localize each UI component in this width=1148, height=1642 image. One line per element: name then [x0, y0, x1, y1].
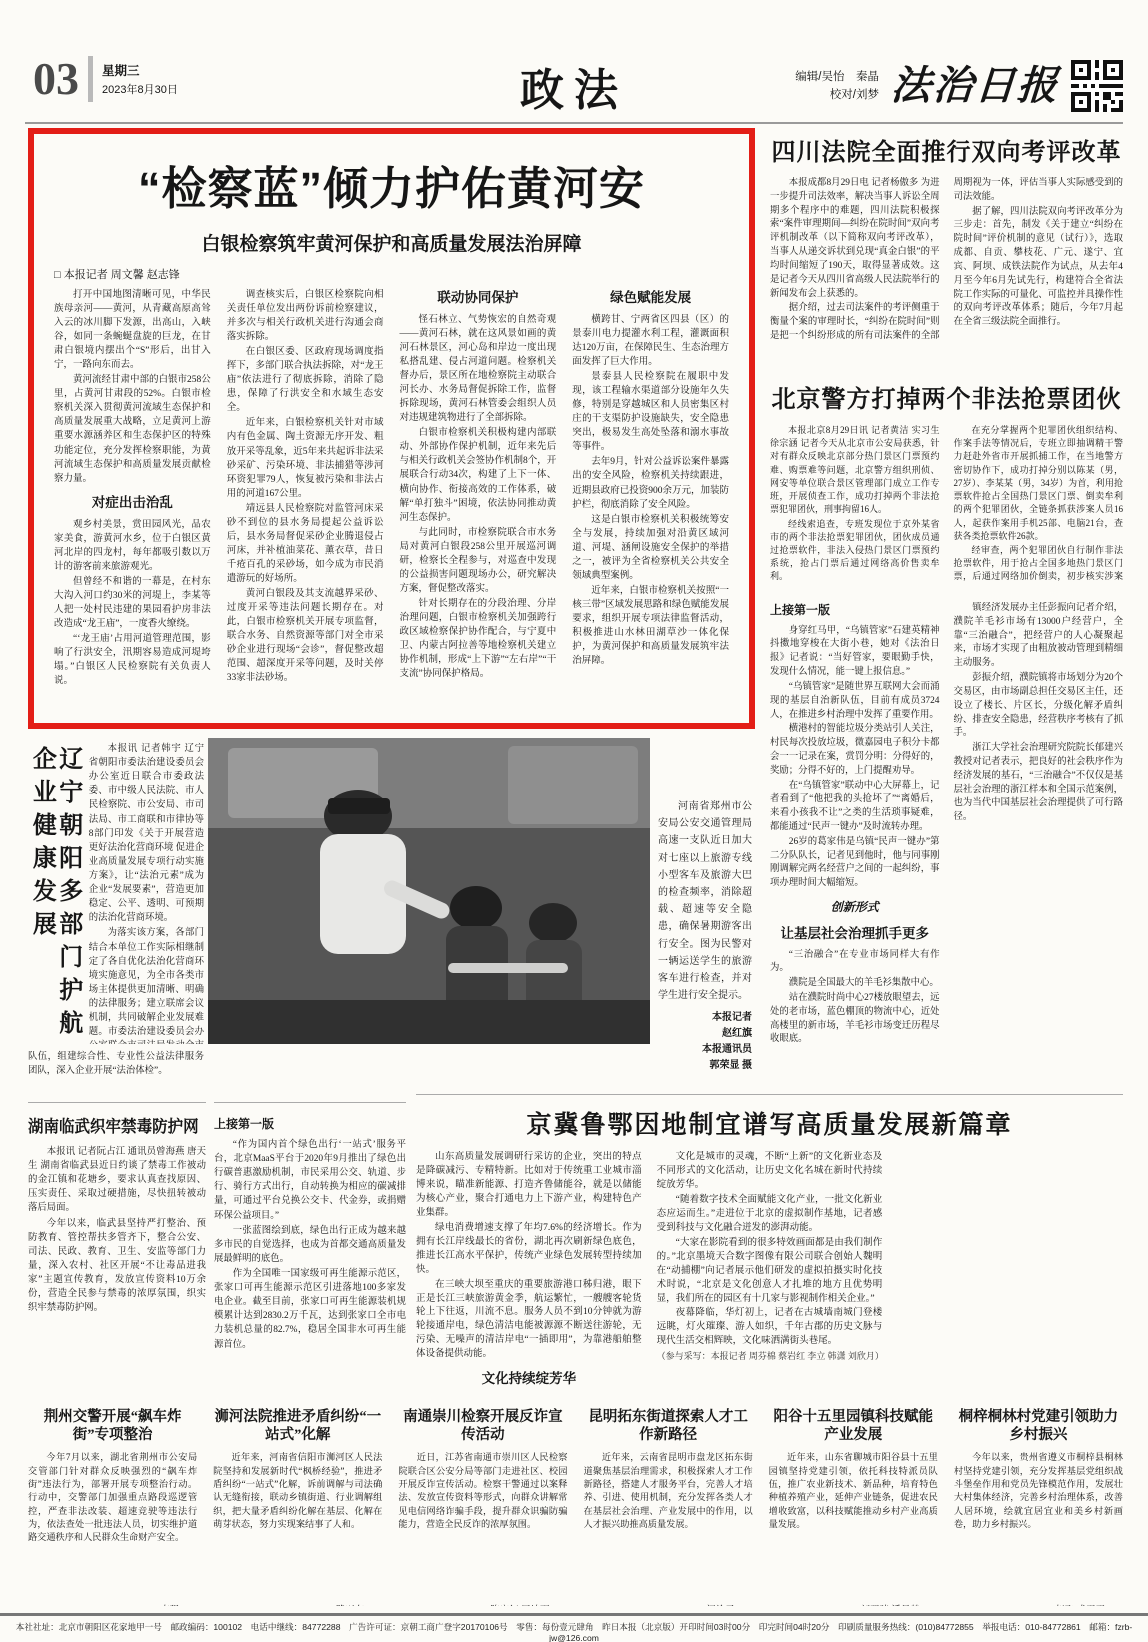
- photo-illustration: [208, 738, 650, 1044]
- masthead-block: 编辑/吴怡 秦晶 校对/刘梦 法治日报: [795, 60, 1123, 112]
- brief-yanggu: 阳谷十五里园镇科技赋能产业发展 近年来，山东省聊城市阳谷县十五里园镇坚持党建引领…: [769, 1408, 938, 1606]
- highlighted-lead-article: “检察蓝”倾力护佑黄河安 白银检察筑牢黄河保护和高质量发展法治屏障 □ 本报记者…: [28, 128, 755, 729]
- brief-body: 今年7月以来，湖北省荆州市公安局交管部门针对群众反映强烈的“飙车炸街”违法行为，…: [28, 1451, 197, 1544]
- brief-body: 近年来，河南省信阳市浉河区人民法院坚持和发展新时代“枫桥经验”，推进矛盾纠纷“一…: [213, 1451, 382, 1531]
- brief-title: 南通崇川检察开展反诈宣传活动: [398, 1408, 567, 1444]
- date-block: 星期三 2023年8月30日: [102, 61, 178, 97]
- article-paragraph: 白银市检察机关积极构建内部联动、外部协作保护机制，近年来先后与相关行政机关会签协…: [400, 426, 557, 524]
- article-paragraph: 靖远县人民检察院对监管河床采砂不到位的县水务局提起公益诉讼后，县水务局督促采砂企…: [227, 502, 384, 586]
- article-paragraph: 一张蓝图绘到底，绿色出行正成为越来越多市民的自觉选择，也成为首都交通高质量发展最…: [214, 1224, 406, 1266]
- article-paragraph: 黄河流经甘肃中部的白银市258公里，占黄河甘肃段的52%。白银市检察机关深入贯彻…: [54, 373, 211, 485]
- article-paragraph: 26岁的葛家伟是乌镇“民声一键办”第二分队队长，记者见到他时，他与同事刚刚调解完…: [770, 836, 940, 891]
- article-paragraph: 绿电消费增速支撑了年均7.6%的经济增长。作为拥有长江岸线最长的省份，湖北再次刷…: [416, 1222, 642, 1278]
- article-paragraph: 近年来，白银市检察机关按照“一核三带”区域发展思路和绿色赋能发展要求，组织开展专…: [572, 584, 729, 668]
- article-title: 京冀鲁鄂因地制宜谱写高质量发展新篇章: [416, 1105, 1123, 1141]
- article-title: 北京警方打掉两个非法抢票团伙: [770, 379, 1123, 414]
- article-paragraph: 据了解，四川法院双向考评改革分为三步走：首先，制发《关于建立“纠纷在院时间”评价…: [954, 206, 1124, 330]
- article-body-continued: 队伍，组建综合性、专业性公益法律服务团队，深入企业开展“法治体检”。: [28, 1050, 204, 1090]
- article-paragraph: “乌镇管家”是随世界互联网大会而涌现的基层自治新队伍，目前有成员3724人，在推…: [770, 681, 940, 722]
- article-paragraph: 怪石林立、气势恢宏的自然奇观——黄河石林，就在这风景如画的黄河石林景区，河心岛和…: [400, 313, 557, 425]
- article-paragraph: 打开中国地图清晰可见，中华民族母亲河——黄河，从青藏高原高耸入云的冰川脚下发源，…: [54, 288, 211, 372]
- section-title: 政法: [520, 54, 628, 118]
- brief-body: 近年来，云南省昆明市盘龙区拓东街道聚焦基层治理需求，积极探索人才工作新路径，搭建…: [584, 1451, 753, 1531]
- article-title: 湖南临武织牢禁毒防护网: [28, 1113, 195, 1137]
- article-paragraph: 但曾经不和谐的一幕是，在村东大沟入河口约30米的河堤上，李某等人把一处村民违建的…: [54, 575, 211, 631]
- article-paragraph: 彭振介绍，濮院镇将市场划分为20个交易区，由市场副总担任交易区主任，还设立了楼长…: [954, 672, 1124, 741]
- lead-article-title: “检察蓝”倾力护佑黄河安: [54, 152, 729, 217]
- weekday-label: 星期三: [102, 61, 178, 79]
- masthead-logo: 法治日报: [890, 66, 1061, 106]
- article-paragraph: 与此同时，市检察院联合市水务局对黄河白银段258公里开展巡河调研，检察长全程参与…: [400, 526, 557, 596]
- date-label: 2023年8月30日: [102, 81, 178, 97]
- article-title: 四川法院全面推行双向考评改革: [770, 132, 1123, 167]
- credit-line: 赵红旗: [658, 1026, 752, 1042]
- brief-title: 浉河法院推进矛盾纠纷“一站式”化解: [213, 1408, 382, 1444]
- article-paragraph: “随着数字技术全面赋能文化产业，一批文化新业态应运而生。”走进位于北京的虚拟制作…: [657, 1194, 883, 1236]
- article-hunan-linwu: 湖南临武织牢禁毒防护网 本报讯 记者阮占江 通讯员曾海燕 唐天生 湖南省临武县近…: [28, 1102, 206, 1394]
- article-paragraph: 在三峡大坝至重庆的重要旅游港口秭归港，眼下正是长江三峡旅游黄金季，航运繁忙，一艘…: [416, 1279, 642, 1363]
- page-number-block: 03 星期三 2023年8月30日: [33, 56, 178, 102]
- article-paragraph: 本报成都8月29日电 记者杨傲多 为进一步提升司法效率，解决当事人诉讼全周期多个…: [770, 177, 940, 301]
- brief-kunming: 昆明拓东街道探索人才工作新路径 近年来，云南省昆明市盘龙区拓东街道聚焦基层治理需…: [584, 1408, 753, 1606]
- bottom-briefs-band: 荆州交警开展“飙车炸街”专项整治 今年7月以来，湖北省荆州市公安局交管部门针对群…: [28, 1408, 1123, 1606]
- jump-continuation-wuzhen: 上接第一版身穿红马甲，“乌镇管家”石建英精神抖擞地穿梭在大街小巷，她对《法治日报…: [770, 602, 1123, 1074]
- article-subhead: 绿色赋能发展: [572, 288, 729, 308]
- brief-shihe: 浉河法院推进矛盾纠纷“一站式”化解 近年来，河南省信阳市浉河区人民法院坚持和发展…: [213, 1408, 382, 1606]
- editors-block: 编辑/吴怡 秦晶 校对/刘梦: [795, 68, 879, 105]
- page-header: 03 星期三 2023年8月30日 政法 编辑/吴怡 秦晶 校对/刘梦 法治日报: [25, 54, 1123, 120]
- credit-line: 郭荣显 摄: [658, 1058, 752, 1074]
- credit-line: 本报记者: [658, 1010, 752, 1026]
- article-paragraph: “‘龙王庙’占用河道管理范围，影响了行洪安全，汛期容易造成河堤垮塌。”白银区人民…: [54, 632, 211, 688]
- lead-article-byline: □ 本报记者 周文馨 赵志锋: [54, 266, 729, 282]
- brief-nantong: 南通崇川检察开展反诈宣传活动 近日，江苏省南通市崇川区人民检察院联合区公安分局等…: [398, 1408, 567, 1606]
- article-paragraph: 横港村的智能垃圾分类站引人关注，村民每次投放垃圾，微嘉园电子积分卡都会一一记录在…: [770, 723, 940, 778]
- caption-text: 河南省郑州市公安局公安交通管理局高速一支队近日加大对七座以上旅游专线小型客车及旅…: [658, 798, 752, 1004]
- page-number-divider: [88, 56, 93, 102]
- article-subhead: 上接第一版: [770, 602, 940, 620]
- article-subhead: 联动协同保护: [400, 288, 557, 308]
- article-paragraph: 经线索追查，专班发现位于京外某省市的两个非法抢票犯罪团伙，团伙成员通过抢票软件，…: [770, 518, 940, 584]
- brief-title: 昆明拓东街道探索人才工作新路径: [584, 1408, 753, 1444]
- photo-credits: 本报记者 赵红旗 本报通讯员 郭荣显 摄: [658, 1010, 752, 1074]
- article-paragraph: 本报北京8月29日讯 记者黄洁 实习生徐宗涵 记者今天从北京市公安局获悉，针对有…: [770, 424, 940, 517]
- article-sichuan-courts: 四川法院全面推行双向考评改革 本报成都8月29日电 记者杨傲多 为进一步提升司法…: [770, 132, 1123, 369]
- proofreader-line: 校对/刘梦: [795, 86, 879, 104]
- article-paragraph: 站在濮院时尚中心27楼放眼望去，远处的老市场，蓝色棚顶的物流中心，近处高楼里的新…: [770, 992, 940, 1047]
- article-paragraph: 浙江大学社会治理研究院院长郁建兴教授对记者表示，把良好的社会秩序作为经济发展的基…: [954, 742, 1124, 825]
- article-beijing-police: 北京警方打掉两个非法抢票团伙 本报北京8月29日讯 记者黄洁 实习生徐宗涵 记者…: [770, 379, 1123, 592]
- news-photo: [208, 738, 650, 1044]
- article-paragraph: 文化是城市的灵魂，不断“上新”的文化新业态及不同形式的文化活动，让历史文化名城在…: [657, 1151, 883, 1193]
- footer-imprint: 本社社址：北京市朝阳区花家地甲一号 邮政编码：100102 电话中继线：8477…: [14, 1621, 1134, 1642]
- brief-title: 桐梓桐林村党建引领助力乡村振兴: [954, 1408, 1123, 1444]
- brief-signature: 刘亚琦 潘景鹤: [769, 1602, 938, 1606]
- article-paragraph: 在白银区委、区政府现场调度指挥下，多部门联合执法拆除，对“龙王庙”依法进行了彻底…: [227, 345, 384, 415]
- article-paragraph: 针对长期存在的分段治理、分岸治理问题，白银市检察机关加强跨行政区域检察保护协作配…: [400, 597, 557, 681]
- article-paragraph: 队伍，组建综合性、专业性公益法律服务团队，深入企业开展“法治体检”。: [28, 1050, 204, 1078]
- article-paragraph: 在“乌镇管家”联动中心大屏幕上，记者看到了“他把我的头抢坏了”“离婚后，来看小孩…: [770, 780, 940, 835]
- article-paragraph: 观乡村美景，赏田园风光，品农家美食，游黄河水乡，位于白银区黄河北岸的四龙村，每年…: [54, 518, 211, 574]
- brief-signature: 李强: [28, 1602, 197, 1606]
- brief-signature: 路兴东: [213, 1602, 382, 1606]
- jump-continuation-maas: 上接第一版“作为国内首个绿色出行‘一站式’服务平台，北京MaaS平台于2020年…: [214, 1102, 406, 1394]
- page-number: 03: [33, 56, 79, 102]
- article-subhead: 让基层社会治理抓手更多: [770, 924, 940, 944]
- brief-tongzi: 桐梓桐林村党建引领助力乡村振兴 今年以来，贵州省遵义市桐梓县桐林村坚持党建引领，…: [954, 1408, 1123, 1606]
- article-body: 本报讯 记者韩宇 辽宁省朝阳市委法治建设委员会办公室近日联合市委政法委、市中级人…: [89, 742, 204, 1044]
- article-paragraph: 作为全国唯一国家级可再生能源示范区，张家口可再生能源示范区引进落地100多家发电…: [214, 1267, 406, 1352]
- brief-signature: 赵飞 成平平: [954, 1602, 1123, 1606]
- article-body: 本报北京8月29日讯 记者黄洁 实习生徐宗涵 记者今天从北京市公安局获悉，针对有…: [770, 424, 1123, 592]
- article-paragraph: “大家在影院看到的很多特效画面都是由我们制作的。”北京墨境天合数字图像有限公司联…: [657, 1237, 883, 1307]
- article-paragraph: 去年9月，针对公益诉讼案件暴露出的安全风险，检察机关持续跟进，近期县政府已投资9…: [572, 455, 729, 511]
- footer-divider: [0, 1613, 1148, 1616]
- vertical-article-title: 辽宁朝阳多部门护航企业健康发展: [28, 742, 81, 1044]
- brief-jingzhou: 荆州交警开展“飙车炸街”专项整治 今年7月以来，湖北省荆州市公安局交管部门针对群…: [28, 1408, 197, 1606]
- qr-code-icon: [1071, 60, 1123, 112]
- lead-article-body: 打开中国地图清晰可见，中华民族母亲河——黄河，从青藏高原高耸入云的冰川脚下发源，…: [54, 288, 729, 696]
- photo-caption: 河南省郑州市公安局公安交通管理局高速一支队近日加大对七座以上旅游专线小型客车及旅…: [658, 742, 752, 1060]
- article-paragraph: 身穿红马甲，“乌镇管家”石建英精神抖擞地穿梭在大街小巷，她对《法治日报》记者说：…: [770, 625, 940, 680]
- article-paragraph: 镇经济发展办主任彭振向记者介绍，濮院羊毛衫市场有13000户经营户，全靠“三治融…: [954, 602, 1124, 671]
- brief-signature: 陈宝红 周坤雨: [398, 1602, 567, 1606]
- article-paragraph: 景泰县人民检察院在履职中发现，该工程输水渠道部分设施年久失修，特别是穿越城区和人…: [572, 370, 729, 454]
- header-divider: [25, 122, 1123, 124]
- newspaper-page: 03 星期三 2023年8月30日 政法 编辑/吴怡 秦晶 校对/刘梦 法治日报…: [0, 0, 1148, 1642]
- credit-line: 本报通讯员: [658, 1042, 752, 1058]
- article-paragraph: 今年以来，临武县坚持严打整治、预防教育、管控帮扶多管齐下，整合公安、司法、民政、…: [28, 1217, 206, 1316]
- article-paragraph: 濮院是全国最大的羊毛衫集散中心。: [770, 977, 940, 991]
- article-paragraph: 横跨甘、宁两省区四县（区）的景泰川电力提灌水利工程，灌溉面积达120万亩，在保障…: [572, 313, 729, 369]
- article-subhead: 文化持续绽芳华: [416, 1369, 642, 1389]
- right-column: 四川法院全面推行双向考评改革 本报成都8月29日电 记者杨傲多 为进一步提升司法…: [770, 132, 1123, 1074]
- brief-body: 近日，江苏省南通市崇川区人民检察院联合区公安分局等部门走进社区、校园开展反诈宣传…: [398, 1451, 567, 1531]
- article-paragraph: 调查核实后，白银区检察院向相关责任单位发出两份诉前检察建议，并多次与相关行政机关…: [227, 288, 384, 344]
- article-regional-development: 京冀鲁鄂因地制宜谱写高质量发展新篇章 山东高质量发展调研行采访的企业，突出的特点…: [416, 1094, 1123, 1398]
- brief-body: 近年来，山东省聊城市阳谷县十五里园镇坚持党建引领，依托科技特派员队伍，推广农业新…: [769, 1451, 938, 1531]
- editors-line: 编辑/吴怡 秦晶: [795, 68, 879, 86]
- article-body: 山东高质量发展调研行采访的企业，突出的特点是降碳减污、专精特新。比如对于传统重工…: [416, 1151, 1123, 1395]
- article-paragraph: 黄河白银段及其支流越界采砂、过度开采等违法问题长期存在。对此，白银市检察机关开展…: [227, 587, 384, 685]
- brief-body: 今年以来，贵州省遵义市桐梓县桐林村坚持党建引领，充分发挥基层党组织战斗堡垒作用和…: [954, 1451, 1123, 1531]
- article-paragraph: 夜幕降临，华灯初上，记者在古城墙南城门登楼远眺，灯火璀璨、游人如织，千年古郡的历…: [657, 1307, 883, 1349]
- article-paragraph: “三治融合”在专业市场同样大有作为。: [770, 949, 940, 977]
- article-paragraph: 为落实该方案，各部门结合本单位工作实际相继制定了各自优化法治化营商环境实施意见，…: [89, 926, 204, 1044]
- article-paragraph: 近年来，白银检察机关针对市域内有色金属、陶土资源无序开发、粗放开采等乱象，近5年…: [227, 416, 384, 500]
- article-liaoning-chaoyang: 辽宁朝阳多部门护航企业健康发展 本报讯 记者韩宇 辽宁省朝阳市委法治建设委员会办…: [28, 742, 204, 1044]
- article-body: 本报讯 记者阮占江 通讯员曾海燕 唐天生 湖南省临武县近日约谈了禁毒工作被动的金…: [28, 1145, 206, 1375]
- article-paragraph: 山东高质量发展调研行采访的企业，突出的特点是降碳减污、专精特新。比如对于传统重工…: [416, 1151, 642, 1221]
- lead-article-subtitle: 白银检察筑牢黄河保护和高质量发展法治屏障: [54, 229, 729, 256]
- article-paragraph: “作为国内首个绿色出行‘一站式’服务平台，北京MaaS平台于2020年9月推出了…: [214, 1138, 406, 1223]
- brief-signature: 闵治云: [584, 1602, 753, 1606]
- article-body: 本报成都8月29日电 记者杨傲多 为进一步提升司法效率，解决当事人诉讼全周期多个…: [770, 177, 1123, 369]
- article-paragraph: 本报讯 记者阮占江 通讯员曾海燕 唐天生 湖南省临武县近日约谈了禁毒工作被动的金…: [28, 1145, 206, 1216]
- brief-title: 阳谷十五里园镇科技赋能产业发展: [769, 1408, 938, 1444]
- article-subhead: 对症出击治乱: [54, 493, 211, 513]
- article-paragraph: 本报讯 记者韩宇 辽宁省朝阳市委法治建设委员会办公室近日联合市委政法委、市中级人…: [89, 742, 204, 925]
- article-subhead: 创新形式: [770, 899, 940, 917]
- brief-title: 荆州交警开展“飙车炸街”专项整治: [28, 1408, 197, 1444]
- article-paragraph: 在充分掌握两个犯罪团伙组织结构、作案手法等情况后，专班立即抽调精干警力赶赴外省市…: [954, 424, 1124, 543]
- article-paragraph: （参与采写：本报记者 周芬棉 蔡岩红 李立 韩潇 刘欣月）: [657, 1350, 883, 1363]
- article-paragraph: 这是白银市检察机关积极统筹安全与发展，持续加强对沿黄区域河道、河堤、涵闸设施安全…: [572, 513, 729, 583]
- article-subhead: 上接第一版: [214, 1115, 406, 1133]
